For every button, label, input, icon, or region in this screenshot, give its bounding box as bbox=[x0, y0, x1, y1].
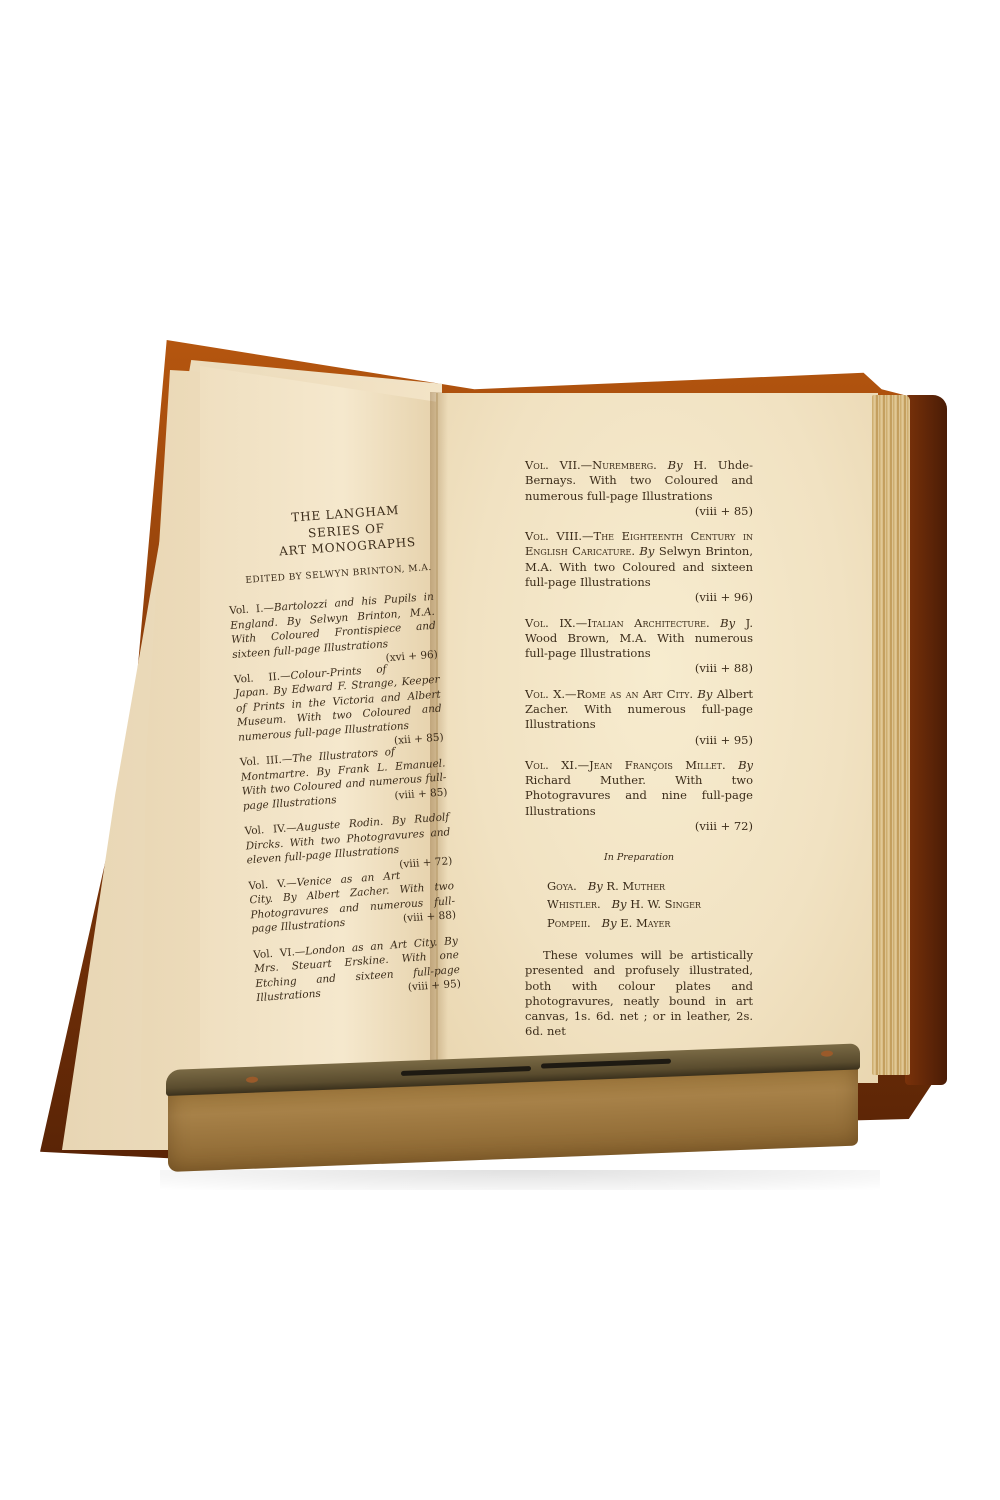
volume-entry: Vol. IX.—Italian Architecture. By J. Woo… bbox=[525, 616, 753, 677]
volume-entry: Vol. VIII.—The Eighteenth Century in Eng… bbox=[525, 529, 753, 605]
volume-entry: Vol. V.—Venice as an Art City. By Albert… bbox=[248, 865, 457, 937]
volume-number: Vol. IV. bbox=[244, 823, 286, 838]
prep-title: Pompeii. bbox=[547, 916, 591, 930]
by-label: By bbox=[668, 458, 683, 472]
by-label: By bbox=[697, 687, 712, 701]
by-label: By bbox=[720, 616, 735, 630]
volume-number: Vol. X. bbox=[525, 687, 565, 701]
volume-entry: Vol. X.—Rome as an Art City. By Albert Z… bbox=[525, 687, 753, 748]
in-preparation-item: Whistler. By H. W. Singer bbox=[547, 895, 753, 913]
in-preparation-item: Goya. By R. Muther bbox=[547, 877, 753, 895]
screw-icon bbox=[821, 1050, 833, 1056]
prep-title: Goya. bbox=[547, 879, 577, 893]
prep-author: H. W. Singer bbox=[630, 897, 701, 911]
volume-number: Vol. VII. bbox=[525, 458, 581, 472]
volume-entry: Vol. II.—Colour-Prints of Japan. By Edwa… bbox=[234, 659, 444, 746]
volume-number: Vol. II. bbox=[234, 671, 281, 686]
volume-number: Vol. XI. bbox=[525, 758, 578, 772]
book-cover-right-edge bbox=[905, 395, 947, 1085]
volume-pages: (viii + 72) bbox=[525, 819, 753, 834]
by-label: By bbox=[639, 544, 654, 558]
volume-entry: Vol. XI.—Jean François Millet. By Richar… bbox=[525, 758, 753, 834]
screw-icon bbox=[246, 1076, 258, 1082]
series-editor: EDITED BY SELWYN BRINTON, M.A. bbox=[227, 561, 432, 588]
left-page-text: THE LANGHAM SERIES OF ART MONOGRAPHS EDI… bbox=[222, 500, 462, 1017]
pricing-note: These volumes will be artistically prese… bbox=[525, 948, 753, 1040]
by-label: By bbox=[738, 758, 753, 772]
stand-shadow bbox=[160, 1170, 880, 1190]
volume-title: —Jean François Millet. bbox=[578, 758, 726, 772]
volume-entry: Vol. VI.—London as an Art City. By Mrs. … bbox=[253, 934, 462, 1006]
volume-title: —Nuremberg. bbox=[581, 458, 657, 472]
volume-description: —London as an Art City. By Mrs. Steuart … bbox=[254, 935, 460, 1005]
volume-title: —Italian Architecture. bbox=[576, 616, 710, 630]
volume-entry: Vol. VII.—Nuremberg. By H. Uhde-Bernays.… bbox=[525, 458, 753, 519]
volume-number: Vol. III. bbox=[239, 754, 282, 769]
prep-author: R. Muther bbox=[606, 879, 665, 893]
volume-entry: Vol. I.—Bartolozzi and his Pupils in Eng… bbox=[229, 590, 438, 662]
by-label: By bbox=[602, 916, 617, 930]
volume-title: —Rome as an Art City. bbox=[565, 687, 693, 701]
volume-description: Richard Muther. With two Photogravures a… bbox=[525, 773, 753, 818]
book-photo-scene: THE LANGHAM SERIES OF ART MONOGRAPHS EDI… bbox=[0, 0, 1000, 1500]
volume-entry: Vol. IV.—Auguste Rodin. By Rudolf Dircks… bbox=[244, 811, 452, 869]
prep-author: E. Mayer bbox=[620, 916, 670, 930]
plate-slot bbox=[401, 1066, 531, 1076]
in-preparation-item: Pompeii. By E. Mayer bbox=[547, 914, 753, 932]
series-title: THE LANGHAM SERIES OF ART MONOGRAPHS bbox=[262, 500, 430, 561]
volume-pages: (viii + 85) bbox=[394, 785, 448, 803]
volume-pages: (viii + 88) bbox=[525, 661, 753, 676]
right-page-text: Vol. VII.—Nuremberg. By H. Uhde-Bernays.… bbox=[525, 458, 753, 1040]
page-block-edge bbox=[872, 395, 910, 1075]
plate-slot bbox=[541, 1059, 671, 1069]
by-label: By bbox=[612, 897, 627, 911]
volume-pages: (viii + 96) bbox=[525, 590, 753, 605]
volume-number: Vol. IX. bbox=[525, 616, 576, 630]
volume-number: Vol. I. bbox=[229, 603, 264, 617]
volume-number: Vol. VIII. bbox=[525, 529, 582, 543]
volume-number: Vol. VI. bbox=[253, 946, 295, 961]
volume-number: Vol. V. bbox=[248, 878, 287, 893]
volume-pages: (viii + 85) bbox=[525, 504, 753, 519]
volume-pages: (viii + 95) bbox=[407, 977, 461, 995]
in-preparation-heading: In Preparation bbox=[525, 852, 753, 865]
volume-entry: Vol. III.—The Illustrators of Montmartre… bbox=[239, 742, 448, 814]
volume-pages: (viii + 88) bbox=[403, 908, 457, 926]
prep-title: Whistler. bbox=[547, 897, 601, 911]
volume-pages: (viii + 95) bbox=[525, 733, 753, 748]
by-label: By bbox=[588, 879, 603, 893]
